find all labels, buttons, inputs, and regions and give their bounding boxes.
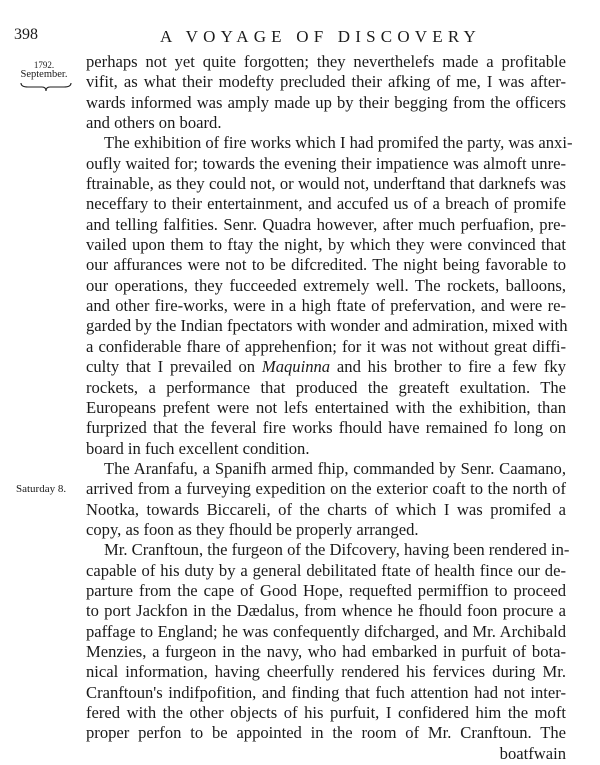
paragraph-start-line: Mr. Cranftoun, the furgeon of the Difcov… (86, 540, 566, 560)
text-line: parture from the cape of Good Hope, requ… (86, 581, 566, 601)
text-line: and others on board. (86, 113, 566, 133)
text-line: garded by the Indian fpectators with won… (86, 316, 566, 336)
text-segment: and his brother to fire a few fky (330, 357, 566, 376)
text-line: our operations, they fucceeded extremely… (86, 276, 566, 296)
text-line: copy, as foon as they fhould be properly… (86, 520, 566, 540)
text-line: Menzies, a furgeon in the navy, who had … (86, 642, 566, 662)
paragraph-start-line: The exhibition of fire works which I had… (86, 133, 566, 153)
text-line: and telling falfities. Senr. Quadra howe… (86, 215, 566, 235)
text-line-with-italic: culty that I prevailed on Maquinna and h… (86, 357, 566, 377)
text-line: Cranftoun's indifpofition, and finding t… (86, 683, 566, 703)
curly-brace-icon (20, 82, 72, 92)
text-line: a confiderable fhare of apprehenfion; fo… (86, 337, 566, 357)
text-line: fered with the other objects of his purf… (86, 703, 566, 723)
margin-note-month: September. (14, 69, 74, 81)
text-line: nical information, having cheerfully ren… (86, 662, 566, 682)
italic-name-maquinna: Maquinna (262, 357, 330, 376)
text-line: arrived from a furveying expedition on t… (86, 479, 566, 499)
running-title: A VOYAGE OF DISCOVERY (160, 27, 481, 47)
text-line: vailed upon them to ftay the night, by w… (86, 235, 566, 255)
text-line: Nootka, towards Biccareli, of the charts… (86, 500, 566, 520)
text-line: capable of his duty by a general debilit… (86, 561, 566, 581)
text-line: board in fuch excellent condition. (86, 439, 566, 459)
text-line: vifit, as what their modefty precluded t… (86, 72, 566, 92)
body-text: perhaps not yet quite forgotten; they ne… (86, 52, 566, 764)
paragraph-start-line: The Aranfafu, a Spanifh armed fhip, comm… (86, 459, 566, 479)
text-line: paffage to England; he was confequently … (86, 622, 566, 642)
text-line: ftrainable, as they could not, or would … (86, 174, 566, 194)
text-line: perhaps not yet quite forgotten; they ne… (86, 52, 566, 72)
margin-note-date: Saturday 8. (16, 483, 86, 495)
text-line: our affurances were not to be difcredite… (86, 255, 566, 275)
text-line: rockets, a performance that produced the… (86, 378, 566, 398)
catchword: boatfwain (86, 744, 566, 764)
text-line: oufly waited for; towards the evening th… (86, 154, 566, 174)
text-segment: culty that I prevailed on (86, 357, 262, 376)
text-line: furprized that the feveral fire works fh… (86, 418, 566, 438)
text-line: proper perfon to be appointed in the roo… (86, 723, 566, 743)
text-line: to port Jackfon in the Dædalus, from whe… (86, 601, 566, 621)
text-line: wards informed was amply made up by thei… (86, 93, 566, 113)
text-line: neceffary to their entertainment, and ac… (86, 194, 566, 214)
text-line: and other fire-works, were in a high fta… (86, 296, 566, 316)
page-number: 398 (14, 26, 38, 44)
text-line: Europeans prefent were not lefs entertai… (86, 398, 566, 418)
